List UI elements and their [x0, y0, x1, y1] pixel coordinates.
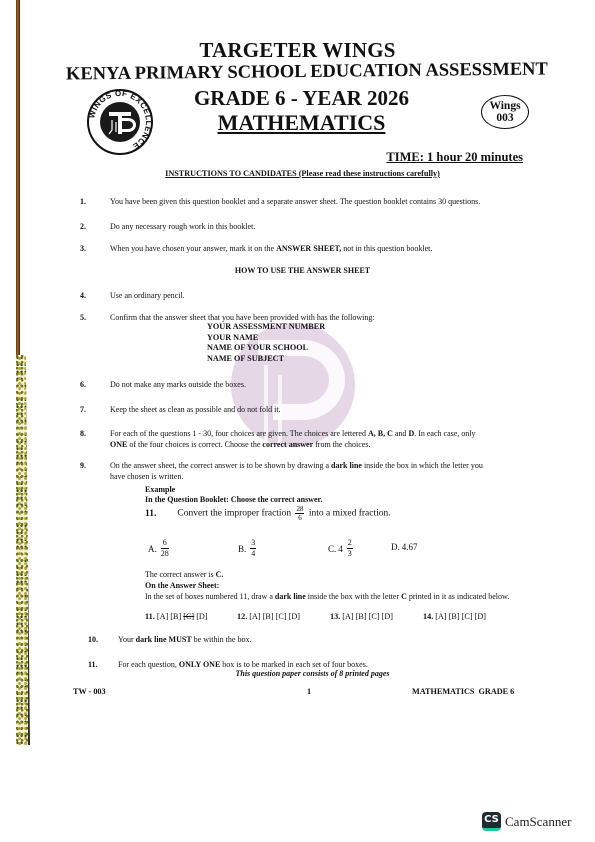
answer-sheet-label: On the Answer Sheet:: [145, 580, 219, 591]
checklist-item: NAME OF YOUR SCHOOL: [207, 343, 325, 354]
pages-note: This question paper consists of 8 printe…: [0, 669, 595, 678]
answer-set-12: 12. [A] [B] [C] [D]: [237, 612, 300, 621]
item-text: Do any necessary rough work in this book…: [110, 221, 530, 232]
item-number: 1.: [80, 196, 100, 207]
badge-line1: Wings: [482, 100, 528, 112]
item-text: On the answer sheet, the correct answer …: [110, 460, 550, 482]
exam-subtitle: KENYA PRIMARY SCHOOL EDUCATION ASSESSMEN…: [66, 59, 546, 85]
item-text: When you have chosen your answer, mark i…: [110, 243, 530, 254]
checklist-item: YOUR ASSESSMENT NUMBER: [207, 322, 325, 333]
footer-paper-code: TW - 003: [73, 687, 106, 696]
item-number: 5.: [80, 312, 100, 323]
item-text: You have been given this question bookle…: [110, 196, 570, 207]
item-number: 6.: [80, 379, 100, 390]
answer-sheet-checklist: YOUR ASSESSMENT NUMBER YOUR NAME NAME OF…: [207, 322, 325, 364]
item-text: Do not make any marks outside the boxes.: [110, 379, 530, 390]
instructions-heading: INSTRUCTIONS TO CANDIDATES (Please read …: [0, 169, 595, 178]
camscanner-label: CamScanner: [505, 814, 571, 830]
choice-c: C. 4 23: [328, 538, 355, 559]
camscanner-watermark: CS CamScanner: [482, 812, 571, 831]
item-text: Keep the sheet as clean as possible and …: [110, 404, 530, 415]
item-text: Your dark line MUST be within the box.: [118, 634, 538, 645]
example-choices: A. 628 B. 34 C. 4 23 D. 4.67: [148, 538, 478, 560]
exam-time: TIME: 1 hour 20 minutes: [386, 150, 523, 165]
item-number: 9.: [80, 460, 100, 471]
paper-code-badge: Wings 003: [481, 95, 529, 129]
camscanner-logo-icon: CS: [482, 812, 501, 831]
answer-sheet-heading: HOW TO USE THE ANSWER SHEET: [0, 266, 595, 275]
checklist-item: YOUR NAME: [207, 333, 325, 344]
item-number: 7.: [80, 404, 100, 415]
choice-b: B. 34: [238, 538, 258, 559]
item-number: 2.: [80, 221, 100, 232]
correct-answer-note: The correct answer is C.: [145, 569, 223, 580]
footer-page-number: 1: [307, 687, 311, 696]
badge-line2: 003: [482, 112, 528, 124]
item-number: 8.: [80, 428, 100, 439]
marked-box: [C]: [183, 612, 194, 621]
item-text: Use an ordinary pencil.: [110, 290, 530, 301]
fraction: 286: [295, 505, 304, 522]
answer-sheet-instruction: In the set of boxes numbered 11, draw a …: [145, 591, 509, 602]
question-text: Convert the improper fraction: [177, 509, 291, 519]
item-number: 10.: [88, 634, 108, 645]
booklet-instruction: In the Question Booklet: Choose the corr…: [145, 494, 322, 505]
item-number: 4.: [80, 290, 100, 301]
answer-set-11: 11. [A] [B] [C] [D]: [145, 612, 208, 621]
scan-edge-bottom: [16, 355, 30, 745]
choice-a: A. 628: [148, 538, 171, 559]
example-question: 11. Convert the improper fraction 286 in…: [145, 505, 391, 522]
question-text-end: into a mixed fraction.: [309, 509, 391, 519]
checklist-item: NAME OF SUBJECT: [207, 354, 325, 365]
question-number: 11.: [145, 509, 175, 519]
footer-subject-grade: MATHEMATICS GRADE 6: [412, 687, 514, 696]
answer-set-14: 14. [A] [B] [C] [D]: [423, 612, 486, 621]
item-text: For each of the questions 1 - 30, four c…: [110, 428, 550, 450]
example-answer-row: 11. [A] [B] [C] [D] 12. [A] [B] [C] [D] …: [117, 612, 537, 624]
wings-of-excellence-logo-icon: WINGS OF EXCELLENCE: [86, 88, 154, 156]
choice-d: D. 4.67: [391, 542, 418, 552]
answer-set-13: 13. [A] [B] [C] [D]: [330, 612, 393, 621]
item-number: 3.: [80, 243, 100, 254]
